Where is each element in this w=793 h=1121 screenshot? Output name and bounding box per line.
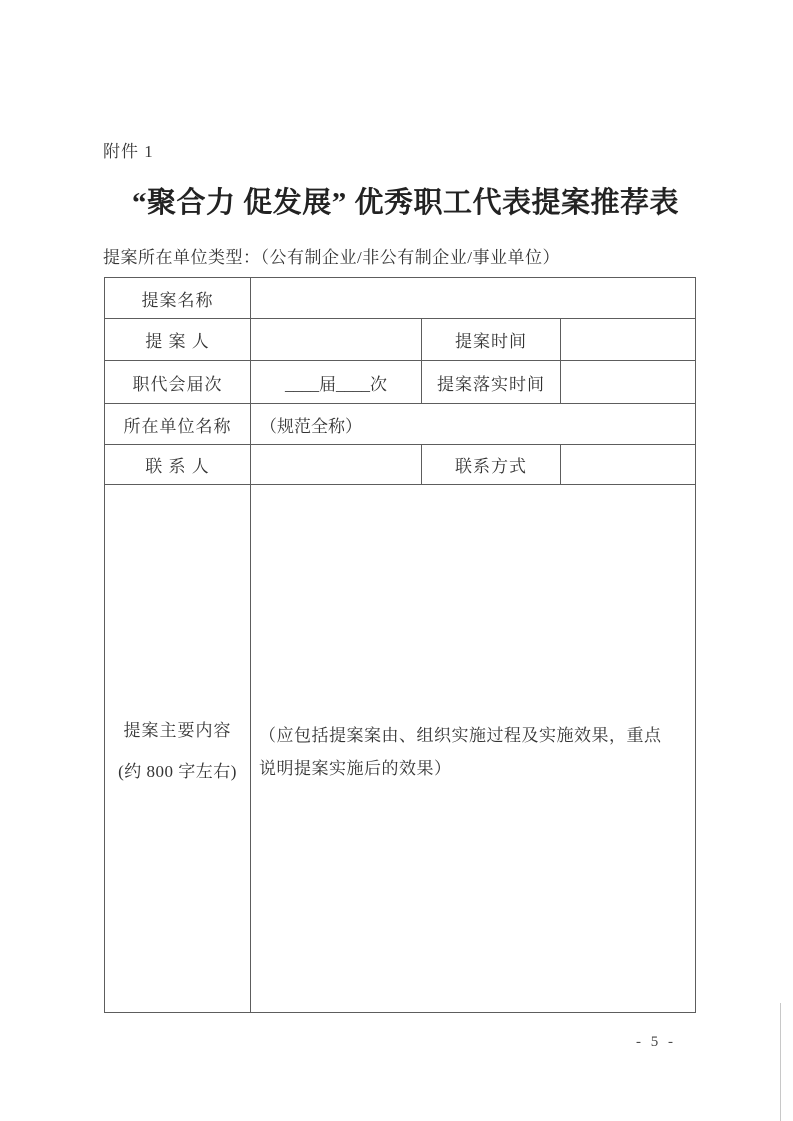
main-content-label-line1: 提案主要内容 — [105, 716, 250, 741]
scanned-page: 附件 1 “聚合力 促发展” 优秀职工代表提案推荐表 提案所在单位类型：（公有制… — [0, 0, 793, 1121]
contact-person-field — [251, 445, 422, 485]
proposal-name-field — [251, 278, 696, 319]
main-content-field: （应包括提案案由、组织实施过程及实施效果，重点 说明提案实施后的效果） — [251, 485, 696, 1013]
proposal-name-label: 提案名称 — [105, 278, 251, 319]
unit-type-line: 提案所在单位类型：（公有制企业/非公有制企业/事业单位） — [103, 243, 560, 268]
unit-name-label: 所在单位名称 — [105, 404, 251, 445]
contact-method-field — [561, 445, 696, 485]
row-main-content: 提案主要内容 (约 800 字左右) （应包括提案案由、组织实施过程及实施效果，… — [105, 485, 696, 1013]
page-title: “聚合力 促发展” 优秀职工代表提案推荐表 — [0, 180, 793, 221]
main-content-label: 提案主要内容 (约 800 字左右) — [105, 485, 251, 1013]
implementation-time-field — [561, 361, 696, 404]
row-contact: 联 系 人 联系方式 — [105, 445, 696, 485]
main-content-label-line2: (约 800 字左右) — [105, 757, 250, 782]
row-session: 职代会届次 ____届____次 提案落实时间 — [105, 361, 696, 404]
session-label: 职代会届次 — [105, 361, 251, 404]
unit-name-field: （规范全称） — [251, 404, 696, 445]
row-proposal-name: 提案名称 — [105, 278, 696, 319]
page-number: - 5 - — [636, 1034, 676, 1051]
contact-person-label: 联 系 人 — [105, 445, 251, 485]
scan-edge-artifact — [780, 1003, 781, 1121]
row-proposer: 提 案 人 提案时间 — [105, 319, 696, 361]
proposal-time-field — [561, 319, 696, 361]
proposal-time-label: 提案时间 — [422, 319, 561, 361]
proposer-field — [251, 319, 422, 361]
contact-method-label: 联系方式 — [422, 445, 561, 485]
session-blank-field: ____届____次 — [251, 361, 422, 404]
proposer-label: 提 案 人 — [105, 319, 251, 361]
proposal-form-table: 提案名称 提 案 人 提案时间 职代会届次 ____届____次 提案落实时间 … — [104, 277, 696, 1013]
attachment-label: 附件 1 — [103, 137, 154, 162]
implementation-time-label: 提案落实时间 — [422, 361, 561, 404]
row-unit-name: 所在单位名称 （规范全称） — [105, 404, 696, 445]
